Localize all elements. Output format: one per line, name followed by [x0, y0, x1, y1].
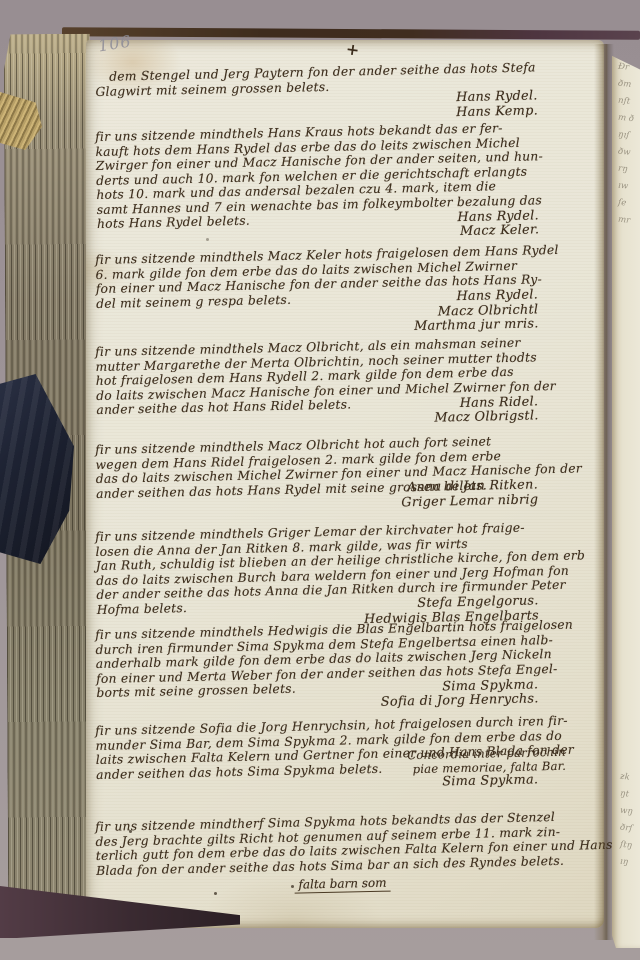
underlined-note: falta barn som [294, 876, 390, 894]
ink-speck [129, 830, 132, 833]
manuscript-entry: dem Stengel und Jerg Paytern fon der and… [95, 59, 594, 128]
page-number: 106 [97, 31, 133, 55]
manuscript-entry: fir uns sitzende mindtherf Sima Spykma h… [95, 809, 595, 898]
book-gutter [594, 44, 614, 940]
book-top-edge-line [62, 27, 640, 40]
manuscript-entry: fir uns sitzende mindthels Macz Olbricht… [95, 432, 594, 517]
show-through-mark: ıŋ [619, 854, 640, 874]
manuscript-entry: fir uns sitzende Sofia die Jorg Henrychs… [95, 713, 594, 797]
invocation-cross-mark: + [345, 39, 361, 60]
ink-speck [214, 892, 217, 895]
manuscript-entry: fir uns sitzende mindthels Macz Keler ho… [95, 242, 595, 341]
show-through-marks-top: Ðrðmnſtm ðŋıſðwrŋıwſemr [618, 60, 640, 230]
manuscript-entry: fir uns sitzende mindthels Hedwigis die … [95, 617, 595, 716]
ink-speck [291, 885, 294, 888]
manuscript-entry: fir uns sitzende mindthels Macz Olbricht… [95, 334, 595, 433]
show-through-mark: mr [617, 212, 640, 232]
manuscript-entry: fir uns sitzende mindthels Griger Lemar … [95, 519, 595, 633]
facing-page: Ðrðmnſtm ðŋıſðwrŋıwſemr ƶkŋtwŋðrſſtŋıŋ [612, 46, 640, 948]
manuscript-entry: fir uns sitzende mindthels Hans Kraus ho… [95, 119, 595, 247]
show-through-marks-bottom: ƶkŋtwŋðrſſtŋıŋ [620, 770, 640, 872]
manuscript-page: 106 + dem Stengel und Jerg Paytern fon d… [86, 40, 604, 928]
ink-speck [206, 238, 209, 241]
